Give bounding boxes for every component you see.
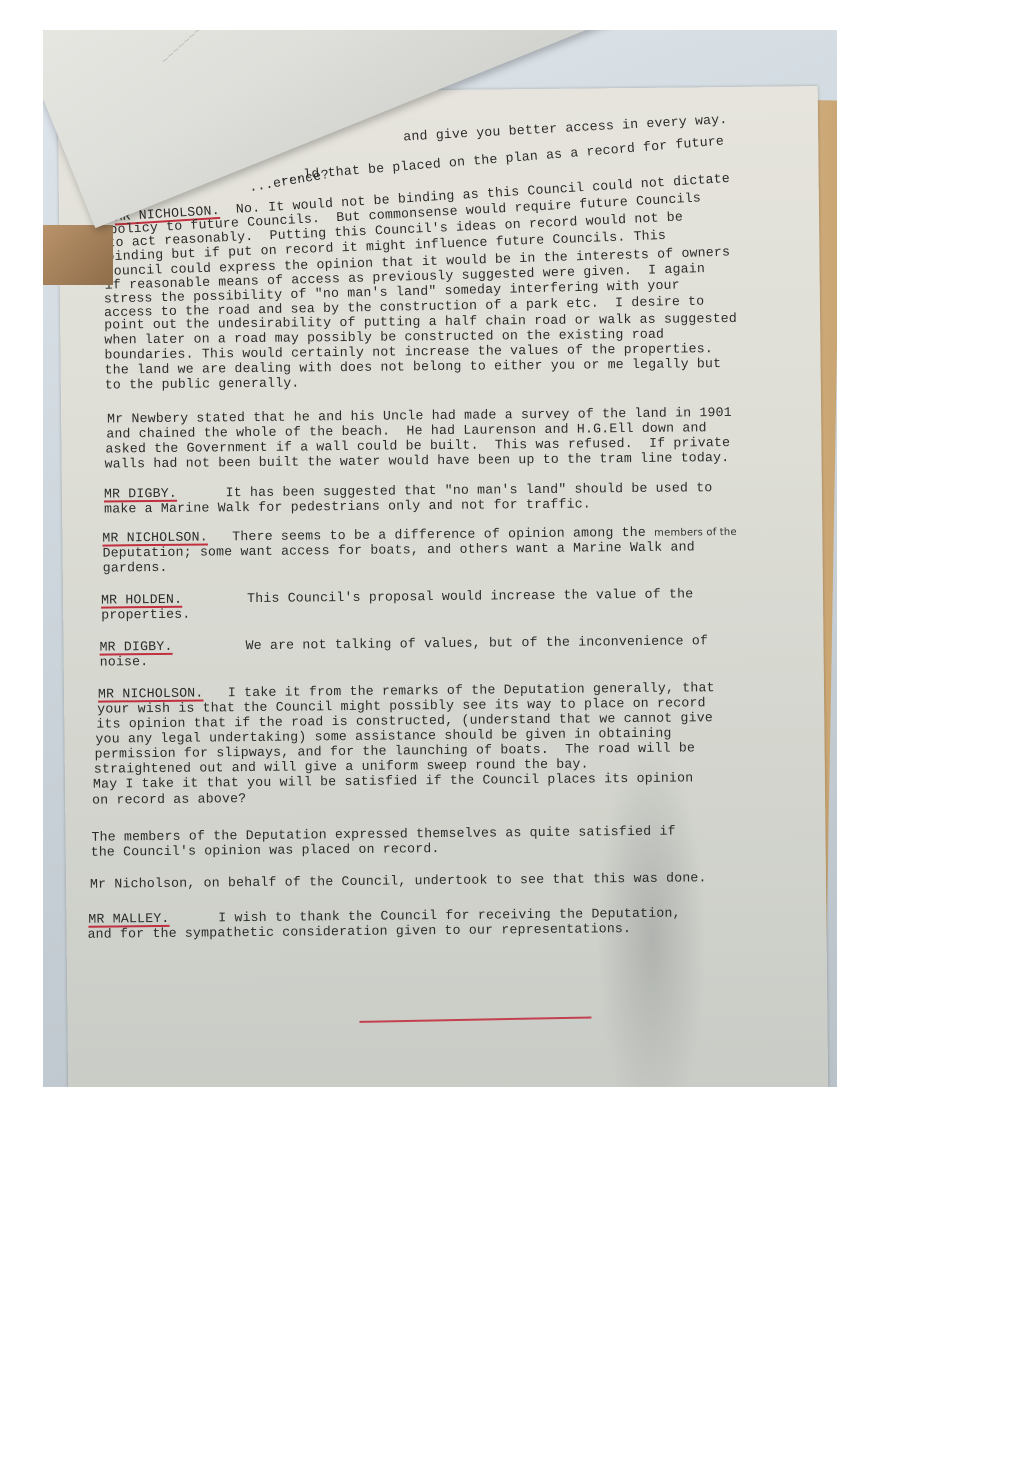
document-photo: and give you better access in every way.… bbox=[43, 30, 837, 1087]
folder-edge bbox=[43, 225, 113, 285]
handwritten-insertion: members of the bbox=[654, 527, 737, 539]
speaker-label: MR DIGBY. bbox=[104, 486, 177, 502]
speaker-label: MR DIGBY. bbox=[99, 639, 172, 655]
typewritten-page: and give you better access in every way.… bbox=[58, 86, 829, 1087]
closing-red-rule bbox=[359, 1016, 591, 1022]
speaker-label: MR NICHOLSON. bbox=[102, 529, 208, 545]
speaker-label: MR NICHOLSON. bbox=[98, 686, 204, 702]
speaker-label: MR MALLEY. bbox=[88, 911, 169, 927]
show-through-text: ~~~~~~ ~~~~ ~~~~~~~ bbox=[157, 30, 268, 67]
speaker-label: MR HOLDEN. bbox=[101, 592, 182, 608]
